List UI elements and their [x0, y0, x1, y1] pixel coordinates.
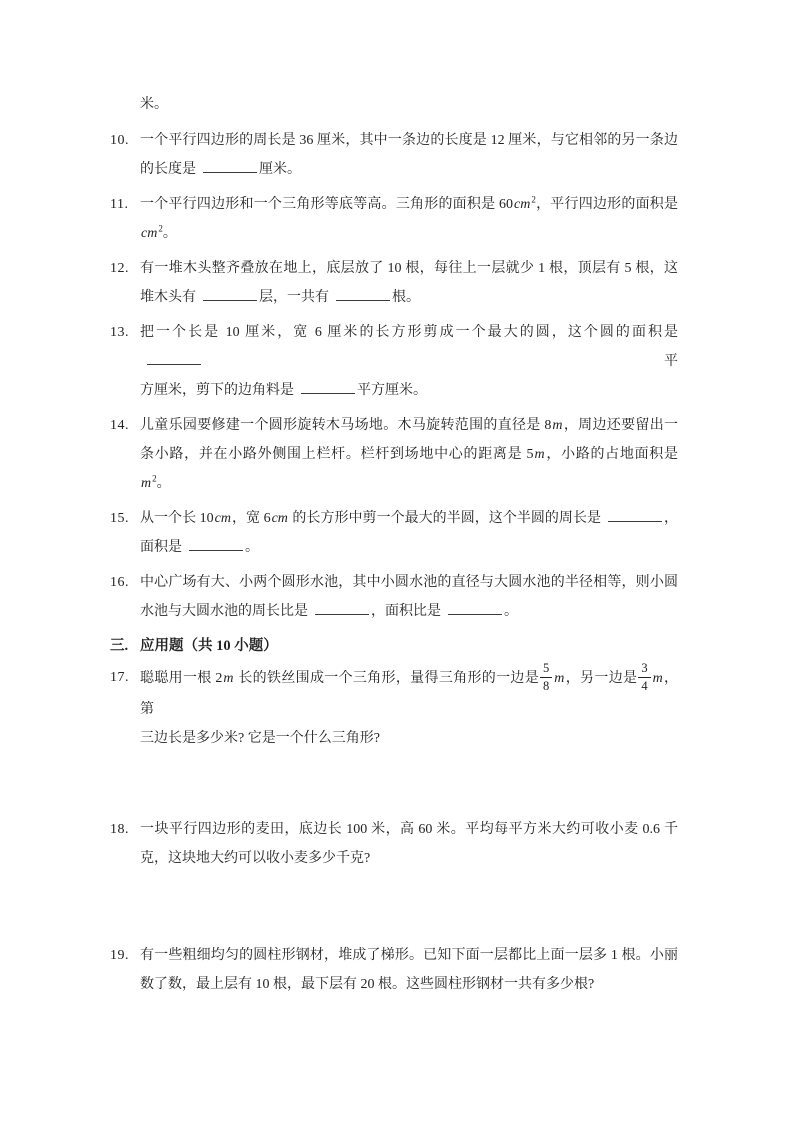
text-run: 的长方形中剪一个最大的半圆，这个半圆的周长是 [289, 511, 601, 526]
question-line: 方厘米，剪下的边角料是平方厘米。 [140, 376, 678, 405]
answer-blank [147, 350, 201, 365]
question-line: 三边长是多少米? 它是一个什么三角形? [140, 724, 678, 753]
text-run: 三边长是多少米? 它是一个什么三角形? [140, 731, 380, 746]
answer-blank [203, 158, 257, 173]
text-run: 的长度是 [140, 162, 196, 177]
section-title: 应用题（共 10 小题） [140, 638, 278, 654]
text-run: 。 [157, 476, 171, 491]
fraction: 34 [638, 661, 650, 693]
question-line: 聪聪用一根 2m 长的铁丝围成一个三角形，量得三角形的一边是58m，另一边是34… [140, 663, 678, 724]
text-run: ，平行四边形的面积是 [536, 197, 678, 212]
question-16: 16.中心广场有大、小两个圆形水池，其中小圆水池的直径与大圆水池的半径相等，则小… [140, 568, 678, 626]
text-run: 儿童乐园要修建一个圆形旋转木马场地。木马旋转范围的直径是 8 [140, 418, 551, 433]
text-run: ， [664, 511, 678, 526]
text-run: 数了数，最上层有 10 根，最下层有 20 根。这些圆柱形钢材一共有多少根? [140, 977, 594, 992]
question-line: 有一些粗细均匀的圆柱形钢材，堆成了梯形。已知下面一层都比上面一层多 1 根。小丽 [140, 941, 678, 970]
question-number: 19. [110, 941, 129, 970]
question-number: 14. [110, 411, 129, 440]
text-run: 有一堆木头整齐叠放在地上，底层放了 10 根，每往上一层就少 1 根，顶层有 5… [140, 261, 678, 276]
question-number: 12. [110, 254, 129, 283]
question-12: 12.有一堆木头整齐叠放在地上，底层放了 10 根，每往上一层就少 1 根，顶层… [140, 254, 678, 312]
answer-blank [448, 600, 502, 615]
text-run: 克，这块地大约可以收小麦多少千克? [140, 851, 370, 866]
text-run: 聪聪用一根 2 [140, 671, 222, 686]
fraction: 58 [540, 661, 552, 693]
text-run: 平 [203, 354, 678, 369]
math-variable: m [140, 476, 152, 491]
math-variable: m [551, 418, 563, 433]
question-number: 16. [110, 568, 129, 597]
document-body: 米。10.一个平行四边形的周长是 36 厘米，其中一条边的长度是 12 厘米，与… [140, 90, 678, 999]
text-run: 中心广场有大、小两个圆形水池，其中小圆水池的直径与大圆水池的半径相等，则小圆 [140, 575, 678, 590]
math-variable: m [553, 671, 565, 686]
text-run: 面积是 [140, 540, 182, 555]
text-run: 一个平行四边形的周长是 36 厘米，其中一条边的长度是 12 厘米，与它相邻的另… [140, 133, 678, 148]
answer-blank [203, 286, 257, 301]
text-run: 方厘米，剪下的边角料是 [140, 383, 294, 398]
text-run: 。 [504, 604, 518, 619]
question-line: cm2。 [140, 219, 678, 248]
question-number: 10. [110, 126, 129, 155]
text-run: 把一个长是 10 厘米，宽 6 厘米的长方形剪成一个最大的圆，这个圆的面积是 [140, 325, 678, 340]
text-run: ，宽 6 [232, 511, 271, 526]
text-run: 从一个长 10 [140, 511, 214, 526]
text-run: 堆木头有 [140, 290, 196, 305]
question-number: 11. [110, 190, 128, 219]
text-run: 。 [163, 226, 177, 241]
question-line: 条小路，并在小路外侧围上栏杆。栏杆到场地中心的距离是 5m，小路的占地面积是 [140, 440, 678, 469]
question-line: 中心广场有大、小两个圆形水池，其中小圆水池的直径与大圆水池的半径相等，则小圆 [140, 568, 678, 597]
question-line: 水池与大圆水池的周长比是，面积比是。 [140, 597, 678, 626]
fraction-denominator: 8 [540, 678, 552, 694]
math-variable: cm [271, 511, 289, 526]
question-number: 18. [110, 815, 129, 844]
text-run: ，另一边是 [565, 671, 637, 686]
continuation-line: 米。 [140, 90, 678, 119]
text-run: 层，一共有 [259, 290, 329, 305]
question-line: 堆木头有层，一共有根。 [140, 283, 678, 312]
question-11: 11.一个平行四边形和一个三角形等底等高。三角形的面积是 60cm2，平行四边形… [140, 190, 678, 248]
question-18: 18.一块平行四边形的麦田，底边长 100 米，高 60 米。平均每平方米大约可… [140, 815, 678, 873]
question-17: 17.聪聪用一根 2m 长的铁丝围成一个三角形，量得三角形的一边是58m，另一边… [140, 663, 678, 753]
question-14: 14.儿童乐园要修建一个圆形旋转木马场地。木马旋转范围的直径是 8m，周边还要留… [140, 411, 678, 498]
fraction-numerator: 5 [540, 661, 552, 678]
text-run: 一块平行四边形的麦田，底边长 100 米，高 60 米。平均每平方米大约可收小麦… [140, 822, 678, 837]
text-run: ，小路的占地面积是 [546, 447, 678, 462]
fraction-numerator: 3 [638, 661, 650, 678]
answer-blank [336, 286, 390, 301]
question-line: 一块平行四边形的麦田，底边长 100 米，高 60 米。平均每平方米大约可收小麦… [140, 815, 678, 844]
question-10: 10.一个平行四边形的周长是 36 厘米，其中一条边的长度是 12 厘米，与它相… [140, 126, 678, 184]
text-run: 长的铁丝围成一个三角形，量得三角形的一边是 [235, 671, 540, 686]
question-line: 一个平行四边形的周长是 36 厘米，其中一条边的长度是 12 厘米，与它相邻的另… [140, 126, 678, 155]
text-run: 一个平行四边形和一个三角形等底等高。三角形的面积是 60 [140, 197, 513, 212]
text-run: 根。 [392, 290, 420, 305]
question-number: 13. [110, 318, 129, 347]
text-run: 有一些粗细均匀的圆柱形钢材，堆成了梯形。已知下面一层都比上面一层多 1 根。小丽 [140, 948, 678, 963]
question-15: 15.从一个长 10cm，宽 6cm 的长方形中剪一个最大的半圆，这个半圆的周长… [140, 504, 678, 562]
question-line: 的长度是厘米。 [140, 155, 678, 184]
question-line: 把一个长是 10 厘米，宽 6 厘米的长方形剪成一个最大的圆，这个圆的面积是平 [140, 318, 678, 376]
math-variable: m [534, 447, 546, 462]
math-variable: cm [214, 511, 232, 526]
question-line: 面积是。 [140, 533, 678, 562]
section-header: 三.应用题（共 10 小题） [140, 632, 678, 661]
text-run: 。 [245, 540, 259, 555]
answer-blank [608, 507, 662, 522]
question-line: m2。 [140, 469, 678, 498]
question-line: 一个平行四边形和一个三角形等底等高。三角形的面积是 60cm2，平行四边形的面积… [140, 190, 678, 219]
question-line: 从一个长 10cm，宽 6cm 的长方形中剪一个最大的半圆，这个半圆的周长是， [140, 504, 678, 533]
question-13: 13.把一个长是 10 厘米，宽 6 厘米的长方形剪成一个最大的圆，这个圆的面积… [140, 318, 678, 405]
question-number: 15. [110, 504, 129, 533]
answer-blank [189, 536, 243, 551]
text-run: 平方厘米。 [357, 383, 427, 398]
question-19: 19.有一些粗细均匀的圆柱形钢材，堆成了梯形。已知下面一层都比上面一层多 1 根… [140, 941, 678, 999]
text-run: 水池与大圆水池的周长比是 [140, 604, 308, 619]
math-variable: m [652, 671, 664, 686]
math-variable: cm [513, 197, 531, 212]
text-run: ，周边还要留出一 [564, 418, 678, 433]
section-number: 三. [110, 632, 128, 661]
math-variable: cm [140, 226, 158, 241]
question-number: 17. [110, 663, 129, 692]
question-line: 儿童乐园要修建一个圆形旋转木马场地。木马旋转范围的直径是 8m，周边还要留出一 [140, 411, 678, 440]
text-run: 米。 [140, 97, 168, 112]
fraction-denominator: 4 [638, 678, 650, 694]
answer-blank [301, 379, 355, 394]
text-run: ，面积比是 [371, 604, 441, 619]
answer-blank [315, 600, 369, 615]
question-line: 克，这块地大约可以收小麦多少千克? [140, 844, 678, 873]
math-variable: m [222, 671, 234, 686]
text-run: 厘米。 [259, 162, 301, 177]
worksheet-page: 米。10.一个平行四边形的周长是 36 厘米，其中一条边的长度是 12 厘米，与… [0, 0, 793, 1122]
text-run: 条小路，并在小路外侧围上栏杆。栏杆到场地中心的距离是 5 [140, 447, 534, 462]
question-line: 数了数，最上层有 10 根，最下层有 20 根。这些圆柱形钢材一共有多少根? [140, 970, 678, 999]
question-line: 有一堆木头整齐叠放在地上，底层放了 10 根，每往上一层就少 1 根，顶层有 5… [140, 254, 678, 283]
